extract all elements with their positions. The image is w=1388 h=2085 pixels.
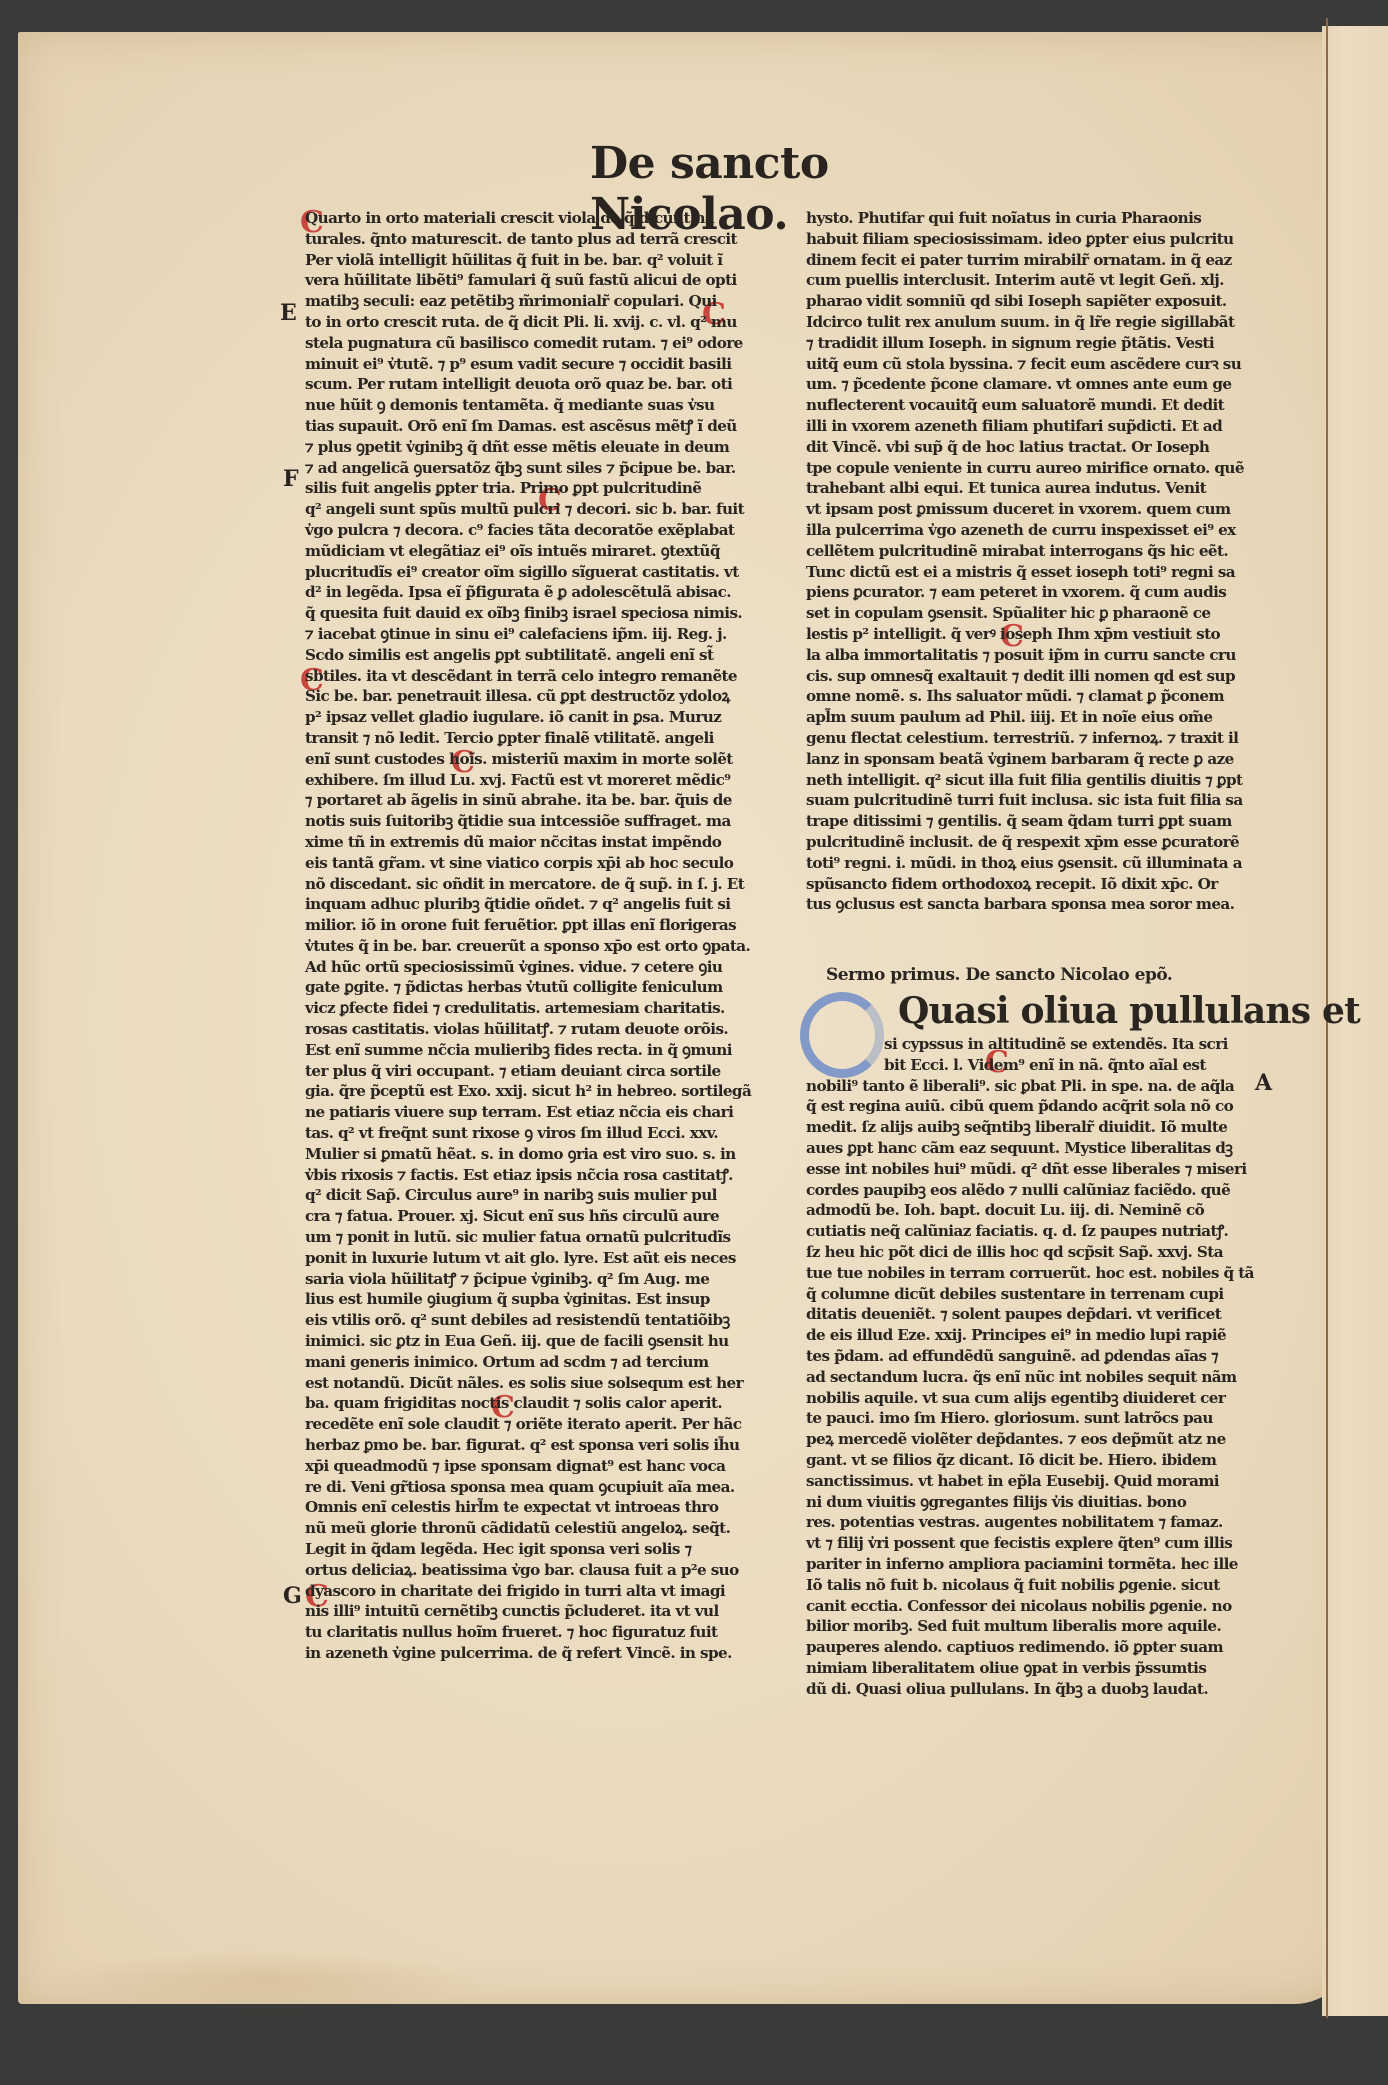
text-line: si cypssus in altitudinẽ se extendẽs. It… <box>806 1034 1286 1055</box>
text-line: ditatis deueniẽt. ⁊ solent paupes dep̃da… <box>806 1304 1286 1325</box>
text-line: Quarto in orto materiali crescit viola d… <box>305 208 757 229</box>
sermon-heading: Sermo primus. De sancto Nicolao epõ. <box>826 965 1286 985</box>
text-line: mani generis inimico. Ortum ad scdm ⁊ ad… <box>305 1352 757 1373</box>
text-line: silis fuit angelis ꝑpter tria. Primo ꝑpt… <box>305 478 757 499</box>
text-line: ortus deliciaꝝ. beatissima v̓go bar. cla… <box>305 1560 757 1581</box>
text-line: tus ꝯclusus est sancta barbara sponsa me… <box>806 894 1268 915</box>
text-line: recedẽte enĩ sole claudit ⁊ oriẽte itera… <box>305 1414 757 1435</box>
text-line: piens ꝑcurator. ⁊ eam peteret in vxorem.… <box>806 582 1268 603</box>
margin-note-g: G <box>283 1583 302 1609</box>
text-line: ⁊ iacebat ꝯtinue in sinu ei⁹ calefaciens… <box>305 624 757 645</box>
text-line: milior. iõ in orone fuit feruẽtior. ꝑpt … <box>305 915 757 936</box>
text-line: plucritudĩs ei⁹ creator oĩm sigillo sĩgu… <box>305 562 757 583</box>
text-line: to in orto crescit ruta. de q̃ dicit Pli… <box>305 312 757 333</box>
text-line: nũ meũ glorie thronũ cãdidatũ celestiũ a… <box>305 1518 757 1539</box>
text-line: tas. q² vt freq̃nt sunt rixose ꝯ viros ſ… <box>305 1123 757 1144</box>
text-line: te pauci. imo ſm Hiero. gloriosum. sunt … <box>806 1408 1286 1429</box>
text-line: illa pulcerrima v̓go azeneth de curru in… <box>806 520 1268 541</box>
text-line: ponit in luxurie lutum vt ait glo. lyre.… <box>305 1248 757 1269</box>
text-line: peꝝ mercedẽ violẽter dep̃dantes. ⁊ eos d… <box>806 1429 1286 1450</box>
text-line: notis suis ſuitoribꝫ q̃tidie sua intcess… <box>305 811 757 832</box>
text-line: tias supauit. Orõ enĩ ſm Damas. est ascẽ… <box>305 416 757 437</box>
text-line: minuit ei⁹ v̓tutẽ. ⁊ p⁹ esum vadit secur… <box>305 354 757 375</box>
text-line: stela pugnatura cũ basilisco comedit rut… <box>305 333 757 354</box>
text-line: nuflecterent vocauitq̃ eum saluatorẽ mun… <box>806 395 1268 416</box>
text-line: p² ipsaz vellet gladio iugulare. iõ cani… <box>305 707 757 728</box>
text-line: ne patiaris viuere sup terram. Est etiaz… <box>305 1102 757 1123</box>
text-line: transit ⁊ nõ ledit. Tercio ꝑpter finalẽ … <box>305 728 757 749</box>
text-line: lestis p² intelligit. q̃ verꝰ ioseph Ihm… <box>806 624 1268 645</box>
text-line: um. ⁊ p̃cedente p̃cone clamare. vt omnes… <box>806 374 1268 395</box>
text-line: pharao vidit somniũ qd sibi Ioseph sapiẽ… <box>806 291 1268 312</box>
text-line: bilior moribꝫ. Sed fuit multum liberalis… <box>806 1616 1286 1637</box>
text-line: la alba immortalitatis ⁊ posuit ip̃m in … <box>806 645 1268 666</box>
text-line: uitq̃ eum cũ stola byssina. ⁊ fecit eum … <box>806 354 1268 375</box>
text-line: Per violã intelligit hũilitas q̃ fuit in… <box>305 250 757 271</box>
text-line: medit. ſz alijs auibꝫ seq̃ntibꝫ liberalr… <box>806 1117 1286 1138</box>
text-line: inquam adhuc pluribꝫ q̃tidie oñdet. ⁊ q²… <box>305 894 757 915</box>
text-line: matibꝫ seculi: eaz petẽtibꝫ m̃rimonialr̃… <box>305 291 757 312</box>
text-line: genu flectat celestium. terrestriũ. ⁊ in… <box>806 728 1268 749</box>
text-line: tes p̃dam. ad effundẽdũ sanguinẽ. ad ꝑde… <box>806 1346 1286 1367</box>
text-line: xime tñ in extremis dũ maior nc̃citas in… <box>305 832 757 853</box>
text-line: suam pulcritudinẽ turri fuit inclusa. si… <box>806 790 1268 811</box>
sermon-incipit: Quasi oliua pullulans et <box>898 990 1318 1032</box>
text-line: q̃ columne dicũt debiles sustentare in t… <box>806 1284 1286 1305</box>
text-line: canit ecctia. Confessor dei nicolaus nob… <box>806 1596 1286 1617</box>
text-line: neth intelligit. q² sicut illa fuit fili… <box>806 770 1268 791</box>
running-head: De sancto Nicolao. <box>590 138 1010 198</box>
text-line: scum. Per rutam intelligit deuota orõ qu… <box>305 374 757 395</box>
text-line: vt ⁊ filij v̓ri possent que fecistis exp… <box>806 1533 1286 1554</box>
text-line: q̃ est regina auiũ. cibũ quem p̃dando ac… <box>806 1096 1286 1117</box>
text-line: cis. sup omnesq̃ exaltauit ⁊ dedit illi … <box>806 666 1268 687</box>
text-line: hysto. Phutifar qui fuit noĩatus in curi… <box>806 208 1268 229</box>
text-line: de eis illud Eze. xxij. Principes ei⁹ in… <box>806 1325 1286 1346</box>
text-line: herbaz ꝑmo be. bar. figurat. q² est spon… <box>305 1435 757 1456</box>
text-line: nue hũit ꝯ demonis tentamẽta. q̃ mediant… <box>305 395 757 416</box>
text-line: trape ditissimi ⁊ gentilis. q̃ seam q̃da… <box>806 811 1268 832</box>
text-line: habuit filiam speciosissimam. ideo ꝑpter… <box>806 229 1268 250</box>
text-line: tu claritatis nullus hoĩm frueret. ⁊ hoc… <box>305 1622 757 1643</box>
text-line: est notandũ. Dicũt nãles. es solis siue … <box>305 1373 757 1394</box>
text-line: ⁊ tradidit illum Ioseph. in signum regie… <box>806 333 1268 354</box>
text-line: v̓bis rixosis ⁊ factis. Est etiaz ipsis … <box>305 1165 757 1186</box>
text-line: v̓tutes q̃ in be. bar. creuerũt a sponso… <box>305 936 757 957</box>
text-line: ⁊ portaret ab ãgelis in sinũ abrahe. ita… <box>305 790 757 811</box>
text-line: gate ꝑgite. ⁊ p̃dictas herbas v̓tutũ col… <box>305 977 757 998</box>
text-line: nobili⁹ tanto ẽ liberali⁹. sic ꝑbat Pli.… <box>806 1076 1286 1097</box>
text-line: ſz heu hic põt dici de illis hoc qd scp̃… <box>806 1242 1286 1263</box>
margin-note-e: E <box>280 300 297 326</box>
text-line: nis illi⁹ intuitũ cernẽtibꝫ cunctis p̃cl… <box>305 1601 757 1622</box>
text-line: Mulier si ꝑmatũ hẽat. s. in domo ꝯria es… <box>305 1144 757 1165</box>
text-line: Ad hũc ortũ speciosissimũ v̓gines. vidue… <box>305 957 757 978</box>
text-column-right-lower: si cypssus in altitudinẽ se extendẽs. It… <box>806 1034 1286 1700</box>
text-line: set in copulam ꝯsensit. Spũaliter hic ꝑ … <box>806 603 1268 624</box>
text-line: nimiam liberalitatem oliue ꝯpat in verbi… <box>806 1658 1286 1679</box>
text-line: saria viola hũilitatꝭ ⁊ p̃cipue v̓ginibꝫ… <box>305 1269 757 1290</box>
text-line: tpe copule veniente in curru aureo mirif… <box>806 458 1268 479</box>
text-line: eis tantã gr̃am. vt sine viatico corpis … <box>305 853 757 874</box>
text-line: aues ꝑpt hanc cãm eaz sequunt. Mystice l… <box>806 1138 1286 1159</box>
text-line: rosas castitatis. violas hũilitatꝭ. ⁊ ru… <box>305 1019 757 1040</box>
text-line: inimici. sic ꝑtz in Eua Geñ. iij. que de… <box>305 1331 757 1352</box>
text-line: illi in vxorem azeneth filiam phutifari … <box>806 416 1268 437</box>
text-line: nõ discedant. sic oñdit in mercatore. de… <box>305 874 757 895</box>
text-line: pauperes alendo. captiuos redimendo. iõ … <box>806 1637 1286 1658</box>
margin-note-f: F <box>283 466 299 492</box>
paper-stain <box>60 1950 480 2010</box>
text-line: cum puellis interclusit. Interim autẽ vt… <box>806 270 1268 291</box>
text-line: ⁊ plus ꝯpetit v̓ginibꝫ q̃ dñt esse mẽtis… <box>305 437 757 458</box>
text-line: xp̄i queadmodũ ⁊ ipse sponsam dignat⁹ es… <box>305 1456 757 1477</box>
text-line: admodũ be. Ioh. bapt. docuit Lu. iij. di… <box>806 1200 1286 1221</box>
text-line: Iõ talis nõ fuit b. nicolaus q̃ fuit nob… <box>806 1575 1286 1596</box>
text-line: dũ di. Quasi oliua pullulans. In q̃bꝫ a … <box>806 1679 1286 1700</box>
text-column-right: hysto. Phutifar qui fuit noĩatus in curi… <box>806 208 1268 915</box>
text-line: lius est humile ꝯiugium q̃ supba v̓ginit… <box>305 1289 757 1310</box>
text-line: q² angeli sunt spũs multũ pulcri ⁊ decor… <box>305 499 757 520</box>
text-line: Omnis enĩ celestis hirl̃m te expectat vt… <box>305 1497 757 1518</box>
text-line: d² in legẽda. Ipsa eĩ p̃figurata ẽ ꝑ ado… <box>305 582 757 603</box>
text-line: apl̃m suum paulum ad Phil. iiij. Et in n… <box>806 707 1268 728</box>
text-line: tue tue nobiles in terram corruerũt. hoc… <box>806 1263 1286 1284</box>
text-column-left: Quarto in orto materiali crescit viola d… <box>305 208 757 1664</box>
text-line: gant. vt se filios q̃z dicant. Iõ dicit … <box>806 1450 1286 1471</box>
text-line: nobilis aquile. vt sua cum alijs egentib… <box>806 1388 1286 1409</box>
text-line: cordes paupibꝫ eos alẽdo ⁊ nulli calũnia… <box>806 1180 1286 1201</box>
text-line: vera hũilitate libẽti⁹ famulari q̃ suũ f… <box>305 270 757 291</box>
text-line: sanctissimus. vt habet in ep̃la Eusebij.… <box>806 1471 1286 1492</box>
text-line: pariter in inferno ampliora paciamini to… <box>806 1554 1286 1575</box>
text-line: ni dum viuitis ꝯgregantes filijs v̓is di… <box>806 1492 1286 1513</box>
text-line: dinem fecit ei pater turrim mirabilr̃ or… <box>806 250 1268 271</box>
text-line: mũdiciam vt elegãtiaz ei⁹ oĩs intuẽs mir… <box>305 541 757 562</box>
text-line: turales. q̃nto maturescit. de tanto plus… <box>305 229 757 250</box>
text-line: Est enĩ summe nc̃cia mulieribꝫ fides rec… <box>305 1040 757 1061</box>
text-line: omne nomẽ. s. Ihs saluator mũdi. ⁊ clama… <box>806 686 1268 707</box>
text-line: vt ipsam post ꝑmissum duceret in vxorem.… <box>806 499 1268 520</box>
text-line: eis vtilis orõ. q² sunt debiles ad resis… <box>305 1310 757 1331</box>
text-line: Scdo similis est angelis ꝑpt subtilitatẽ… <box>305 645 757 666</box>
text-line: Sic be. bar. penetrauit illesa. cũ ꝑpt d… <box>305 686 757 707</box>
text-line: Tunc dictũ est ei a mistris q̃ esset ios… <box>806 562 1268 583</box>
text-line: v̓go pulcra ⁊ decora. c⁹ facies tãta dec… <box>305 520 757 541</box>
text-line: gia. q̃re p̃ceptũ est Exo. xxij. sicut h… <box>305 1081 757 1102</box>
text-line: trahebant albi equi. Et tunica aurea ind… <box>806 478 1268 499</box>
text-line: um ⁊ ponit in lutũ. sic mulier fatua orn… <box>305 1227 757 1248</box>
text-line: sbtiles. ita vt descẽdant in terrã celo … <box>305 666 757 687</box>
text-line: ter plus q̃ viri occupant. ⁊ etiam deuia… <box>305 1061 757 1082</box>
text-line: ⁊ ad angelicã ꝯuersatõz q̃bꝫ sunt siles … <box>305 458 757 479</box>
text-line: re di. Veni gr̃tiosa sponsa mea quam ꝯcu… <box>305 1477 757 1498</box>
text-line: Legit in q̃dam legẽda. Hec igit sponsa v… <box>305 1539 757 1560</box>
text-line: q̃ quesita fuit dauid ex oĩbꝫ finibꝫ isr… <box>305 603 757 624</box>
text-line: exhibere. ſm illud Lu. xvj. Factũ est vt… <box>305 770 757 791</box>
text-line: esse int nobiles hui⁹ mũdi. q² dñt esse … <box>806 1159 1286 1180</box>
text-line: bit Ecci. l. Videm⁹ enĩ in nã. q̃nto aĩa… <box>806 1055 1286 1076</box>
text-line: spũsancto fidem orthodoxoꝝ recepit. Iõ d… <box>806 874 1268 895</box>
text-line: cra ⁊ fatua. Prouer. xj. Sicut enĩ sus h… <box>305 1206 757 1227</box>
text-line: toti⁹ regni. i. mũdi. in thoꝝ eius ꝯsens… <box>806 853 1268 874</box>
text-line: vicz ꝑfecte fidei ⁊ credulitatis. arteme… <box>305 998 757 1019</box>
text-line: dyascoro in charitate dei frigido in tur… <box>305 1581 757 1602</box>
text-line: lanz in sponsam beatã v̓ginem barbaram q… <box>806 749 1268 770</box>
text-line: dit Vincẽ. vbi sup̃ q̃ de hoc latius tra… <box>806 437 1268 458</box>
text-line: cutiatis neq̃ calũniaz faciatis. q. d. ſ… <box>806 1221 1286 1242</box>
text-line: cellẽtem pulcritudinẽ mirabat interrogan… <box>806 541 1268 562</box>
text-line: in azeneth v̓gine pulcerrima. de q̃ refe… <box>305 1643 757 1664</box>
text-line: enĩ sunt custodes hoĩs. misteriũ maxim i… <box>305 749 757 770</box>
text-line: Idcirco tulit rex anulum suum. in q̃ lr̃… <box>806 312 1268 333</box>
text-line: res. potentias vestras. augentes nobilit… <box>806 1512 1286 1533</box>
text-line: ad sectandum lucra. q̃s enĩ nũc int nobi… <box>806 1367 1286 1388</box>
text-line: q² dicit Sap̃. Circulus aure⁹ in naribꝫ … <box>305 1185 757 1206</box>
text-line: ba. quam frigiditas noctis claudit ⁊ sol… <box>305 1393 757 1414</box>
text-line: pulcritudinẽ inclusit. de q̃ respexit xp… <box>806 832 1268 853</box>
